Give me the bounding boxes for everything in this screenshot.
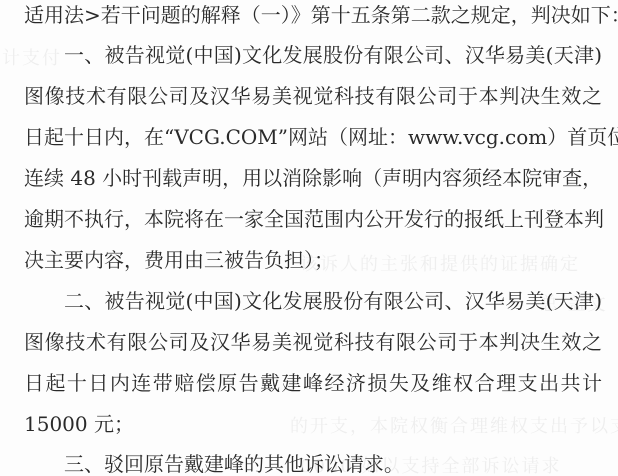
bleed-through-text: 计支付 xyxy=(2,44,62,70)
text-line: 日起十日内，在“VCG.COM”网站（网址：www.vcg.com）首页位置 xyxy=(24,125,602,149)
text-line: 逾期不执行，本院将在一家全国范围内公开发行的报纸上刊登本判 xyxy=(24,207,602,231)
item-two-heading: 二、被告视觉(中国)文化发展股份有限公司、汉华易美(天津) xyxy=(64,289,602,313)
text-line: 日起十日内连带赔偿原告戴建峰经济损失及维权合理支出共计 xyxy=(24,371,602,395)
bleed-through-text: 该诉人的主张和提供的证据确定 xyxy=(300,250,580,276)
text-line: 图像技术有限公司及汉华易美视觉科技有限公司于本判决生效之 xyxy=(24,84,602,108)
item-three-heading: 三、驳回原告戴建峰的其他诉讼请求。 xyxy=(64,452,404,476)
text-line: 决主要内容，费用由三被告负担）； xyxy=(24,248,334,272)
text-line: 适用法>若干问题的解释（一）》第十五条第二款之规定，判决如下： xyxy=(24,3,602,27)
text-line: 图像技术有限公司及汉华易美视觉科技有限公司于本判决生效之 xyxy=(24,330,602,354)
text-line: 15000 元； xyxy=(24,412,134,436)
bleed-through-text: 的开支，本院权衡合理维权支出予以支持，结合原告 xyxy=(290,412,618,438)
text-line: 连续 48 小时刊载声明，用以消除影响（声明内容须经本院审查， xyxy=(24,166,602,190)
judgment-page: 计支付 该诉人的主张和提供的证据确定 总 盖文 的开支，本院权衡合理维权支出予以… xyxy=(0,0,618,476)
item-one-heading: 一、被告视觉(中国)文化发展股份有限公司、汉华易美(天津) xyxy=(64,43,602,67)
